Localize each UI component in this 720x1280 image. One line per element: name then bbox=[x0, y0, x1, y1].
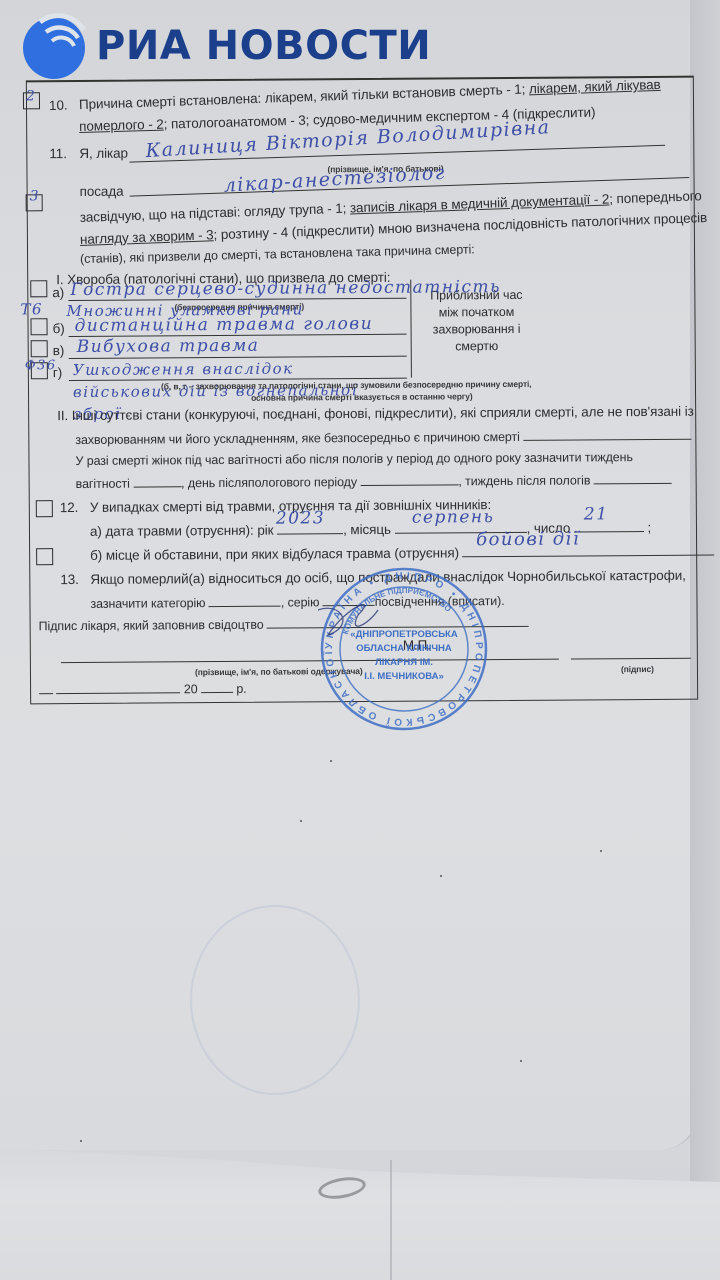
position-label: посада bbox=[80, 184, 124, 199]
chernobyl-category-field[interactable] bbox=[209, 595, 281, 608]
postpartum-day-field[interactable] bbox=[360, 473, 458, 486]
paper-fold-shadow bbox=[0, 1140, 720, 1280]
other-conditions-field[interactable] bbox=[523, 428, 691, 441]
cause-bvg-caption-2: основна причина смерті вказується в оста… bbox=[251, 391, 473, 403]
cause-c-value: Вибухова травма bbox=[77, 336, 260, 357]
paper-crease bbox=[390, 1160, 392, 1280]
cause-a-label: а) bbox=[52, 285, 64, 300]
cause-b-mark: Т6 bbox=[20, 300, 43, 318]
checkbox-cause-a[interactable] bbox=[30, 280, 47, 297]
dust bbox=[520, 1060, 522, 1062]
checkbox-item-11-mark: 3 bbox=[30, 188, 41, 204]
cause-b-value: дистанційна травма голови bbox=[74, 314, 373, 336]
issue-year-field[interactable] bbox=[201, 681, 233, 693]
item-11-doctor-label: 11.Я, лікар bbox=[49, 146, 128, 162]
injury-day-value: 21 bbox=[584, 504, 609, 524]
injury-place-row: б) місце й обставини, при яких відбулася… bbox=[90, 544, 715, 563]
recipient-sign-caption: (підпис) bbox=[621, 664, 654, 674]
injury-month-value: серпень bbox=[412, 507, 495, 528]
ria-globe-icon bbox=[18, 8, 90, 80]
cause-a-value: Гостра серцево-судинна недостатність bbox=[70, 277, 501, 300]
stamp-line-2: ОБЛАСНА КЛІНІЧНА bbox=[356, 643, 452, 654]
issue-month-field[interactable] bbox=[56, 681, 180, 694]
cause-bvg-caption-1: (б, в, г – захворювання та патологічні с… bbox=[161, 379, 532, 392]
section-2-line-4: вагітності , день післяпологового період… bbox=[76, 472, 672, 491]
stamp-line-4: І.І. МЕЧНИКОВА» bbox=[364, 671, 444, 682]
dust bbox=[330, 760, 332, 762]
postpartum-week-field[interactable] bbox=[594, 472, 672, 485]
issue-date-row: 20 р. bbox=[39, 681, 247, 697]
stamp-line-3: ЛІКАРНЯ ІМ. bbox=[375, 657, 433, 668]
dust bbox=[300, 820, 302, 822]
injury-year-value: 2023 bbox=[276, 508, 325, 528]
cause-d-label: г) bbox=[53, 365, 62, 380]
hospital-stamp: УКРАЇНА • ДНІПРО • ДНІПРОПЕТРОВСЬКОЇ ОБЛ… bbox=[318, 565, 490, 733]
ria-novosti-watermark: РИА НОВОСТИ bbox=[18, 8, 431, 80]
faded-stamp-bleed bbox=[190, 905, 360, 1095]
item-11-line-5: (станів), які призвели до смерті, та вст… bbox=[80, 242, 475, 266]
issue-day-field[interactable] bbox=[39, 682, 53, 694]
section-2-line-3: У разі смерті жінок під час вагітності а… bbox=[75, 450, 632, 468]
checkbox-item-10-mark: 2 bbox=[26, 88, 37, 104]
cause-b-label: б) bbox=[53, 321, 65, 336]
stamp-line-1: «ДНІПРОПЕТРОВСЬКА bbox=[350, 629, 458, 640]
dust bbox=[440, 875, 442, 877]
brand-name: РИА НОВОСТИ bbox=[96, 23, 431, 69]
checkbox-cause-c[interactable] bbox=[31, 340, 48, 357]
checkbox-item-12[interactable] bbox=[36, 500, 53, 517]
checkbox-item-13[interactable] bbox=[36, 548, 53, 565]
dust bbox=[600, 850, 602, 852]
dust bbox=[80, 1140, 82, 1142]
recipient-sign-line bbox=[571, 658, 691, 660]
pregnancy-week-field[interactable] bbox=[133, 475, 181, 487]
cause-c-label: в) bbox=[53, 343, 65, 358]
checkbox-cause-b[interactable] bbox=[30, 318, 47, 335]
section-2-line-2: захворюванням чи його ускладненням, яке … bbox=[75, 428, 691, 447]
section-2-line-1: ІІ. Інші суттєві стани (конкуруючі, поєд… bbox=[57, 404, 694, 423]
injury-place-value: бойові дії bbox=[476, 528, 580, 550]
